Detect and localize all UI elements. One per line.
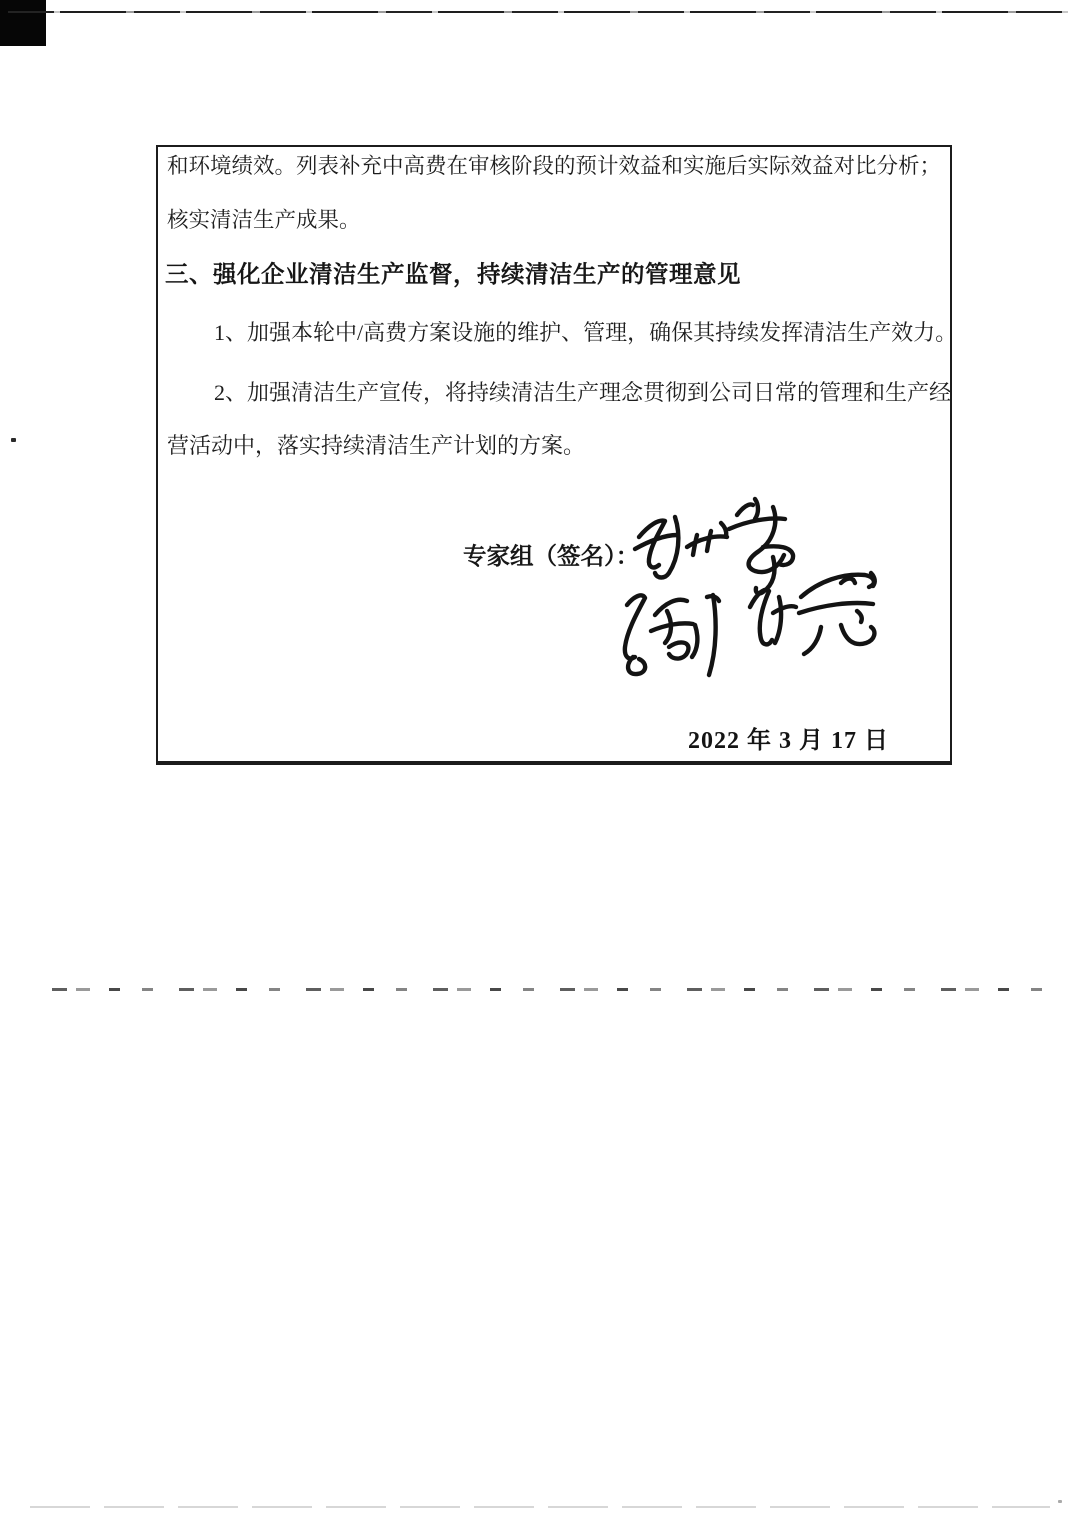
scan-line-top: [8, 11, 1068, 13]
signature-1: [635, 499, 793, 593]
scan-corner-artifact: [0, 0, 46, 46]
list-item-2-line2: 营活动中，落实持续清洁生产计划的方案。: [167, 429, 585, 460]
list-item-1: 1、加强本轮中/高费方案设施的维护、管理，确保其持续发挥清洁生产效力。: [214, 316, 957, 347]
scanned-document-page: 和环境绩效。列表补充中高费在审核阶段的预计效益和实施后实际效益对比分析； 核实清…: [0, 0, 1076, 1519]
scan-line-middle: [52, 988, 1066, 991]
document-date: 2022 年 3 月 17 日: [688, 720, 889, 755]
list-item-2-line1: 2、加强清洁生产宣传，将持续清洁生产理念贯彻到公司日常的管理和生产经: [214, 376, 951, 407]
paragraph-continuation-line2: 核实清洁生产成果。: [167, 203, 361, 234]
paragraph-continuation-line1: 和环境绩效。列表补充中高费在审核阶段的预计效益和实施后实际效益对比分析；: [167, 149, 941, 180]
handwritten-signatures: [575, 485, 895, 695]
signature-2: [625, 595, 719, 675]
ink-speck-left-margin: [11, 438, 16, 442]
section-heading: 三、强化企业清洁生产监督，持续清洁生产的管理意见: [165, 255, 741, 289]
ink-speck-bottom-right: [1058, 1500, 1062, 1503]
scan-line-bottom: [30, 1506, 1050, 1508]
